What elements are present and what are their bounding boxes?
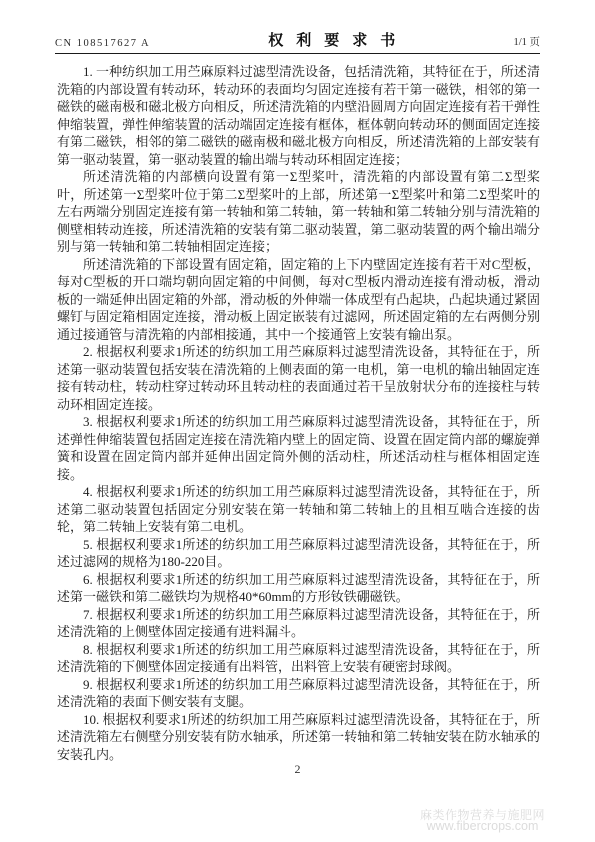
claim-5: 5. 根据权利要求1所述的纺织加工用苎麻原料过滤型清洗设备，其特征在于，所述过滤… xyxy=(57,536,540,571)
watermark: 麻类作物营养与施肥网 www.fibercrops.com xyxy=(420,810,545,831)
page-indicator: 1/1 页 xyxy=(513,34,540,53)
claims-body: 1. 一种纺织加工用苎麻原料过滤型清洗设备，包括清洗箱，其特征在于，所述清洗箱的… xyxy=(57,63,540,763)
claim-1-paragraph-3: 所述清洗箱的下部设置有固定箱，固定箱的上下内壁固定连接有若干对C型板，每对C型板… xyxy=(57,256,540,344)
claim-4: 4. 根据权利要求1所述的纺织加工用苎麻原料过滤型清洗设备，其特征在于，所述第二… xyxy=(57,483,540,536)
document-title: 权利要求书 xyxy=(268,29,408,53)
patent-publication-number: CN 108517627 A xyxy=(55,38,150,53)
watermark-site-url: www.fibercrops.com xyxy=(420,821,545,832)
claim-9: 9. 根据权利要求1所述的纺织加工用苎麻原料过滤型清洗设备，其特征在于，所述清洗… xyxy=(57,676,540,711)
claim-6: 6. 根据权利要求1所述的纺织加工用苎麻原料过滤型清洗设备，其特征在于，所述第一… xyxy=(57,571,540,606)
claim-3: 3. 根据权利要求1所述的纺织加工用苎麻原料过滤型清洗设备，其特征在于，所述弹性… xyxy=(57,413,540,483)
patent-claims-page: CN 108517627 A 权利要求书 1/1 页 1. 一种纺织加工用苎麻原… xyxy=(0,0,595,842)
page-number: 2 xyxy=(0,762,595,777)
claim-8: 8. 根据权利要求1所述的纺织加工用苎麻原料过滤型清洗设备，其特征在于，所述清洗… xyxy=(57,641,540,676)
claim-7: 7. 根据权利要求1所述的纺织加工用苎麻原料过滤型清洗设备，其特征在于，所述清洗… xyxy=(57,606,540,641)
claim-1-paragraph-1: 1. 一种纺织加工用苎麻原料过滤型清洗设备，包括清洗箱，其特征在于，所述清洗箱的… xyxy=(57,63,540,168)
claim-1-paragraph-2: 所述清洗箱的内部横向设置有第一Σ型桨叶，清洗箱的内部设置有第二Σ型桨叶，所述第一… xyxy=(57,168,540,256)
claim-2: 2. 根据权利要求1所述的纺织加工用苎麻原料过滤型清洗设备，其特征在于，所述第一… xyxy=(57,343,540,413)
page-header: CN 108517627 A 权利要求书 1/1 页 xyxy=(55,31,540,54)
claim-10: 10. 根据权利要求1所述的纺织加工用苎麻原料过滤型清洗设备，其特征在于，所述清… xyxy=(57,711,540,764)
